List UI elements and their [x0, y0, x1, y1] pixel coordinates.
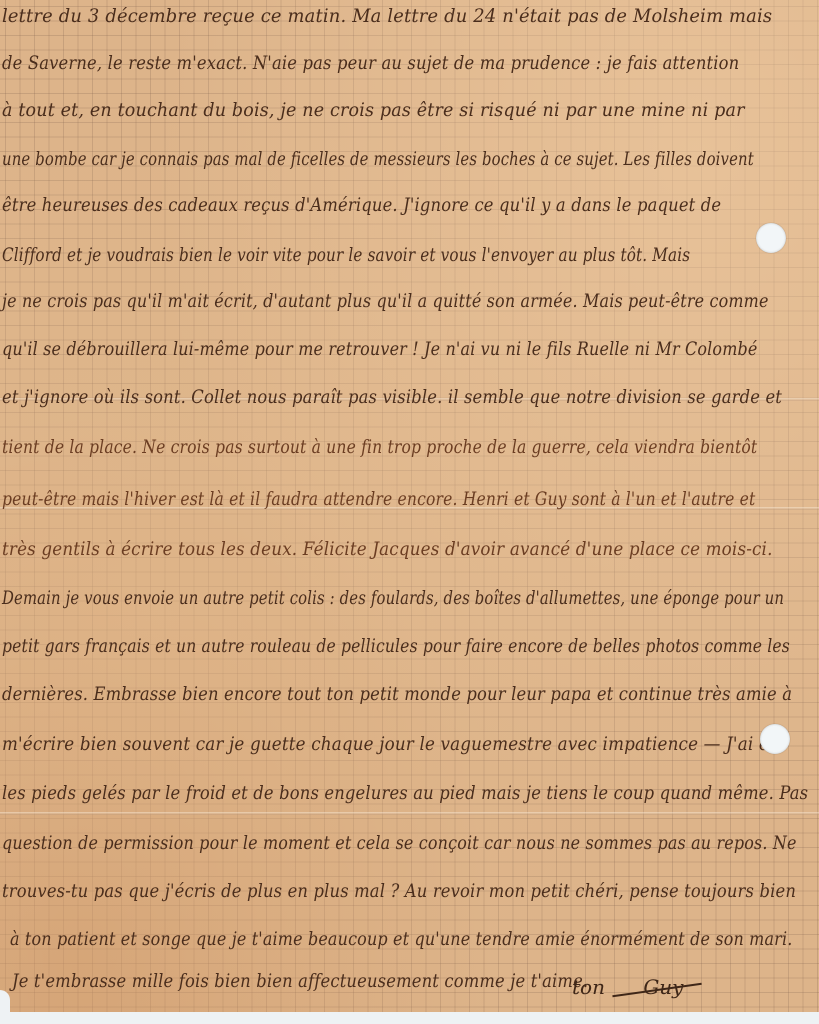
letter-line-19: trouves-tu pas que j'écris de plus en pl…	[2, 880, 796, 902]
letter-line-16: m'écrire bien souvent car je guette chaq…	[2, 733, 780, 755]
letter-line-11: peut-être mais l'hiver est là et il faud…	[2, 488, 755, 510]
signature-block: ton Guy	[572, 975, 683, 999]
letter-line-5: être heureuses des cadeaux reçus d'Améri…	[2, 194, 721, 216]
letter-line-2: de Saverne, le reste m'exact. N'aie pas …	[2, 52, 739, 74]
letter-line-21: Je t'embrasse mille fois bien bien affec…	[12, 970, 588, 992]
letter-line-6: Clifford et je voudrais bien le voir vit…	[2, 244, 690, 266]
punch-hole-bottom	[760, 724, 790, 754]
letter-line-8: qu'il se débrouillera lui-même pour me r…	[2, 338, 758, 360]
punch-hole-top	[756, 223, 786, 253]
scan-background-edge	[0, 1012, 819, 1024]
torn-corner	[0, 990, 10, 1012]
letter-line-3: à tout et, en touchant du bois, je ne cr…	[2, 99, 745, 121]
letter-line-10: tient de la place. Ne crois pas surtout …	[2, 436, 757, 458]
letter-line-17: les pieds gelés par le froid et de bons …	[2, 782, 808, 804]
letter-line-1: lettre du 3 décembre reçue ce matin. Ma …	[2, 5, 772, 27]
letter-line-18: question de permission pour le moment et…	[2, 832, 797, 854]
letter-line-9: et j'ignore où ils sont. Collet nous par…	[2, 386, 782, 408]
letter-line-14: petit gars français et un autre rouleau …	[2, 635, 790, 657]
letter-line-13: Demain je vous envoie un autre petit col…	[2, 587, 784, 609]
letter-line-20: à ton patient et songe que je t'aime bea…	[10, 928, 792, 950]
letter-page: lettre du 3 décembre reçue ce matin. Ma …	[0, 0, 819, 1012]
paper-fold-crease	[0, 812, 819, 815]
closing-word: ton	[572, 975, 605, 999]
letter-line-12: très gentils à écrire tous les deux. Fél…	[2, 538, 773, 560]
letter-line-7: je ne crois pas qu'il m'ait écrit, d'aut…	[2, 290, 769, 312]
letter-line-15: dernières. Embrasse bien encore tout ton…	[2, 683, 792, 705]
letter-line-4: une bombe car je connais pas mal de fice…	[2, 148, 754, 170]
